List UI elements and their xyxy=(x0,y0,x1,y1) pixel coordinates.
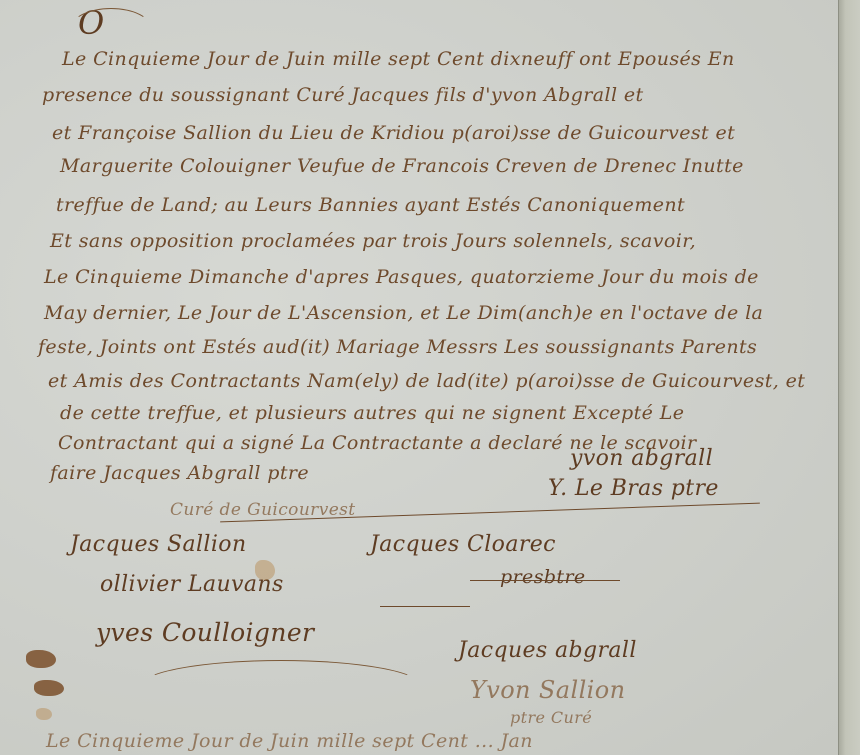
signature-jacques-cloarec: Jacques Cloarec xyxy=(370,532,556,557)
ink-blot xyxy=(26,650,56,668)
presbtre-rule xyxy=(470,580,620,581)
signature-le-bras: Y. Le Bras ptre xyxy=(548,476,719,501)
body-line-5: treffue de Land; au Leurs Bannies ayant … xyxy=(56,194,685,216)
lauvans-rule xyxy=(380,606,470,607)
signature-jacques-sallion: Jacques Sallion xyxy=(70,532,247,557)
body-line-9: feste, Joints ont Estés aud(it) Mariage … xyxy=(38,336,757,358)
ink-blot xyxy=(255,560,275,580)
ink-blot xyxy=(36,708,52,720)
body-line-4: Marguerite Colouigner Veufue de Francois… xyxy=(60,155,744,177)
signature-yvon-abgrall: yvon abgrall xyxy=(570,446,713,471)
body-line-10: et Amis des Contractants Nam(ely) de lad… xyxy=(48,370,805,392)
body-line-1: Le Cinquieme Jour de Juin mille sept Cen… xyxy=(62,48,735,70)
signature-presbtre: presbtre xyxy=(500,566,586,588)
next-entry-start: Le Cinquieme Jour de Juin mille sept Cen… xyxy=(46,730,533,752)
body-line-6: Et sans opposition proclamées par trois … xyxy=(50,230,696,252)
body-line-13: faire Jacques Abgrall ptre xyxy=(50,462,309,484)
manuscript-page: O Le Cinquieme Jour de Juin mille sept C… xyxy=(0,0,838,755)
signature-cure: Curé de Guicourvest xyxy=(170,500,356,520)
body-line-2: presence du soussignant Curé Jacques fil… xyxy=(42,84,644,106)
signature-ptre-cure: ptre Curé xyxy=(510,708,592,727)
body-line-7: Le Cinquieme Dimanche d'apres Pasques, q… xyxy=(44,266,759,288)
margin-flourish xyxy=(70,8,152,50)
body-line-8: May dernier, Le Jour de L'Ascension, et … xyxy=(44,302,763,324)
signature-yvon-sallion: Yvon Sallion xyxy=(470,676,625,704)
body-line-3: et Françoise Sallion du Lieu de Kridiou … xyxy=(52,122,735,144)
ink-blot xyxy=(34,680,64,696)
signature-yves-coulloigner: yves Coulloigner xyxy=(96,618,314,647)
signature-jacques-abgrall: Jacques abgrall xyxy=(458,638,637,663)
body-line-11: de cette treffue, et plusieurs autres qu… xyxy=(60,402,684,424)
coulloigner-flourish xyxy=(140,660,422,712)
page-edge xyxy=(838,0,860,755)
